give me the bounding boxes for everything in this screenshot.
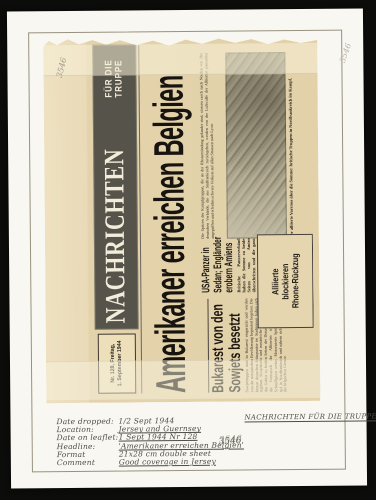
masthead-row: Nr. 128, Freitag, 1. September 1944 NACH… [91,45,142,393]
leaflet: Nr. 128, Freitag, 1. September 1944 NACH… [43,35,320,403]
newspaper-page: Nr. 128, Freitag, 1. September 1944 NACH… [49,40,314,398]
photo-background: 3546 Nr. 128, Freitag, 1. September 1944… [0,0,376,500]
body-text-column: Die Spitzen der Kampfgruppen, die an der… [199,53,225,239]
bukarest-headline: Bukarest von den Sowjets besetzt [210,299,244,393]
masthead-bar: NACHRICHTEN FÜR DIE TRUPPE [92,44,138,330]
leaflet-series-title: NACHRICHTEN FÜR DIE TRUPPE [244,412,376,421]
usa-panzer-headline: USA-Panzer in Sedan; Engländer erobern A… [201,237,236,293]
photo-caption: Der alliierte Vorstoss über die Somme: b… [287,52,313,238]
photo-mount-card: 3546 Nr. 128, Freitag, 1. September 1944… [7,8,367,488]
ink-ref-number: 3546 [218,436,242,449]
page-content: Bukarest von den Sowjets besetzt Sowjett… [199,44,314,393]
masthead-subtitle: FÜR DIE TRUPPE [104,44,125,97]
annotation-block: Date dropped:1/2 Sept 1944 Location:Jers… [56,417,244,468]
masthead-title: NACHRICHTEN [99,148,133,329]
issue-date: 1. September 1944 [117,341,124,387]
annotation-row: CommentGood coverage in Jersey [57,458,244,468]
boxed-article-rhone: Alliierte blockieren Rhone-Rückzug [257,234,314,328]
main-headline: Amerikaner erreichen Belgien [141,45,200,393]
aerial-photo [225,52,287,239]
issue-date-box: Nr. 128, Freitag, 1. September 1944 [98,333,137,393]
